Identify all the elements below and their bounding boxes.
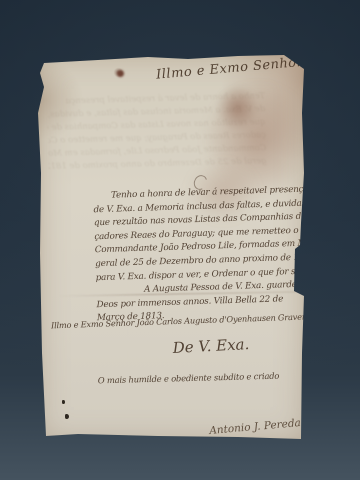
ink-speck (65, 414, 69, 419)
closing-formula: O mais humilde e obediente subdito e cri… (96, 371, 281, 386)
letter-page: Tenho a honra de levar á respeitavel pre… (38, 53, 306, 443)
photo-background: Tenho a honra de levar á respeitavel pre… (0, 0, 360, 480)
salutation-header: Illmo e Exmo Senhor (156, 56, 287, 82)
ink-spot (117, 70, 124, 77)
bleedthrough-text: Tenho a honra de levar á respeitavel pre… (47, 90, 267, 192)
letter-body: Tenho a honra de levar á respeitavel pre… (93, 184, 302, 326)
signature: Antonio J. Pereda (186, 417, 302, 439)
courtesy-formula: De V. Exa. (156, 334, 267, 358)
ink-speck (62, 400, 65, 404)
